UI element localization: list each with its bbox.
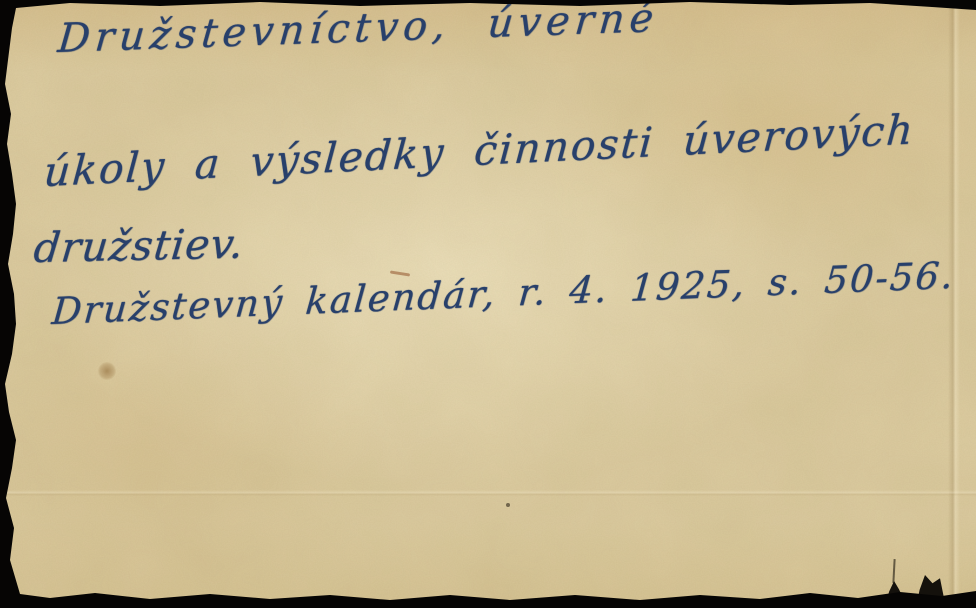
- scanned-index-card-page: Družstevníctvo, úverné úkoly a výsledky …: [0, 0, 976, 608]
- paper-card: Družstevníctvo, úverné úkoly a výsledky …: [0, 0, 976, 608]
- horizontal-crease: [0, 490, 976, 496]
- dark-speck: [506, 503, 510, 507]
- bottom-edge-ink-blot-right: [916, 575, 946, 608]
- hairline-ink-mark: [892, 559, 895, 583]
- handwritten-body-line-2: družstiev.: [32, 220, 247, 273]
- bottom-edge-ink-blot-left: [884, 581, 908, 608]
- handwritten-heading: Družstevníctvo, úverné: [56, 0, 660, 62]
- handwritten-body-line-1: úkoly a výsledky činnosti úverových: [42, 105, 916, 196]
- vertical-crease: [948, 0, 960, 608]
- brown-stain-spot: [98, 362, 116, 380]
